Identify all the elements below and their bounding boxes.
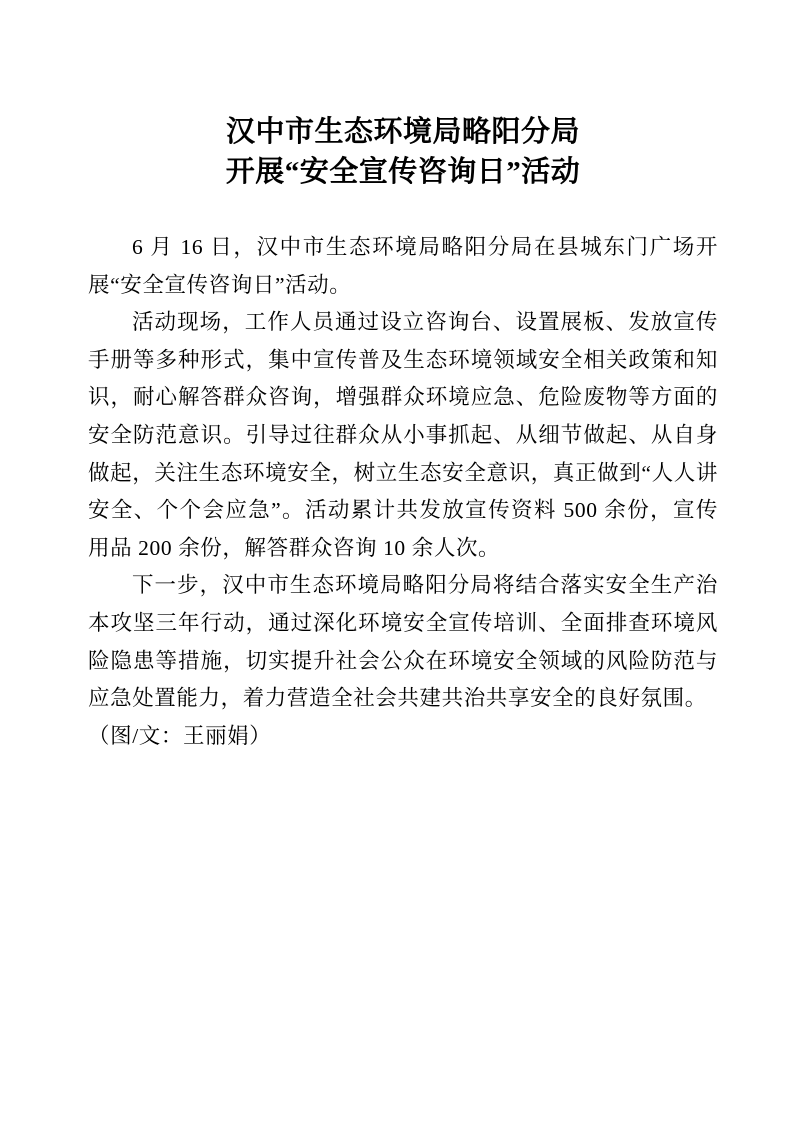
document-title: 汉中市生态环境局略阳分局 开展“安全宣传咨询日”活动	[88, 112, 718, 192]
paragraph-activity-details: 活动现场，工作人员通过设立咨询台、设置展板、发放宣传手册等多种形式，集中宣传普及…	[88, 304, 718, 567]
paragraph-intro: 6 月 16 日，汉中市生态环境局略阳分局在县城东门广场开展“安全宣传咨询日”活…	[88, 229, 718, 304]
title-line-2: 开展“安全宣传咨询日”活动	[88, 152, 718, 192]
paragraph-byline: （图/文：王丽娟）	[88, 718, 718, 756]
title-line-1: 汉中市生态环境局略阳分局	[88, 112, 718, 152]
document-page: 汉中市生态环境局略阳分局 开展“安全宣传咨询日”活动 6 月 16 日，汉中市生…	[0, 0, 793, 1122]
paragraph-next-steps: 下一步，汉中市生态环境局略阳分局将结合落实安全生产治本攻坚三年行动，通过深化环境…	[88, 567, 718, 717]
document-body: 6 月 16 日，汉中市生态环境局略阳分局在县城东门广场开展“安全宣传咨询日”活…	[88, 229, 718, 755]
